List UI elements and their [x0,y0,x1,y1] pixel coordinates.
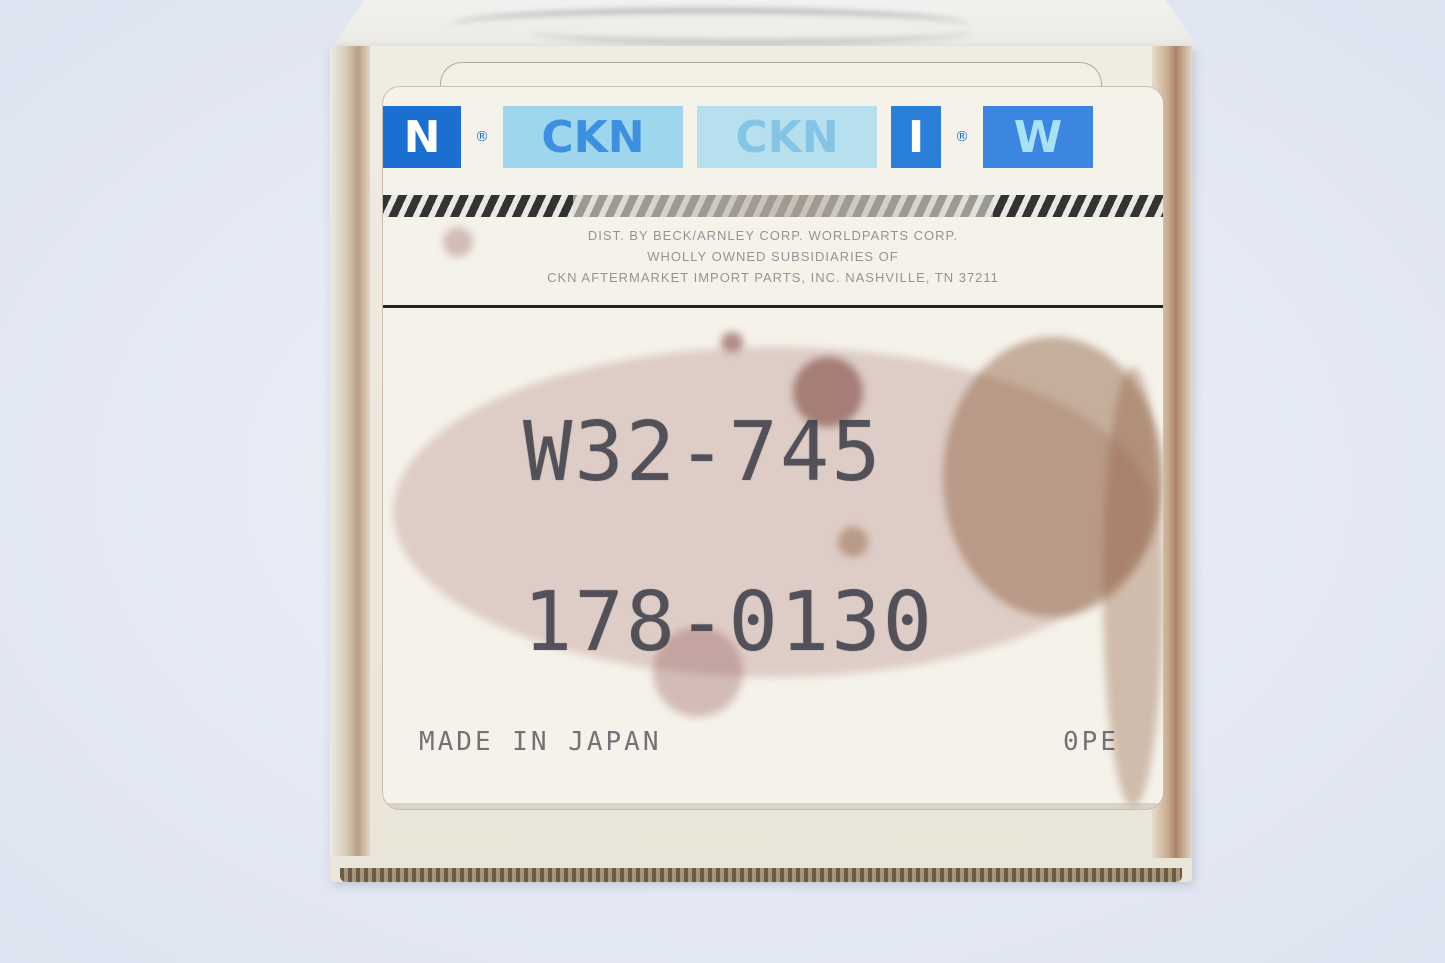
product-label: N ® CKN CKN I ® W DIST. BY BECK/ARNLEY C… [382,86,1164,810]
divider [383,305,1163,308]
logo-segment: N [383,106,461,168]
logo-segment: W [983,106,1093,168]
brand-logo: N ® CKN CKN I ® W [383,101,1163,173]
part-number-secondary: 178-0130 [523,575,1043,670]
logo-segment: CKN [697,106,877,168]
logo-segment: I [891,106,941,168]
box-top-face [330,0,1200,50]
part-number-primary: W32-745 [523,405,1043,500]
water-stain [838,527,868,557]
water-stain [721,332,743,352]
distributor-info: DIST. BY BECK/ARNLEY CORP. WORLDPARTS CO… [383,225,1163,288]
marker-scribble [530,20,970,44]
box-left-flap [330,46,370,856]
distributor-line: DIST. BY BECK/ARNLEY CORP. WORLDPARTS CO… [383,225,1163,246]
made-in-text: MADE IN JAPAN [419,727,662,757]
corrugated-edge [340,868,1182,882]
registered-mark: ® [955,129,969,145]
registered-mark: ® [475,129,489,145]
stripe-band [383,195,1163,217]
origin-code: 0PE [1063,727,1119,757]
distributor-line: CKN AFTERMARKET IMPORT PARTS, INC. NASHV… [383,267,1163,288]
origin-line: MADE IN JAPAN 0PE [419,727,1119,757]
logo-segment: CKN [503,106,683,168]
distributor-line: WHOLLY OWNED SUBSIDIARIES OF [383,246,1163,267]
